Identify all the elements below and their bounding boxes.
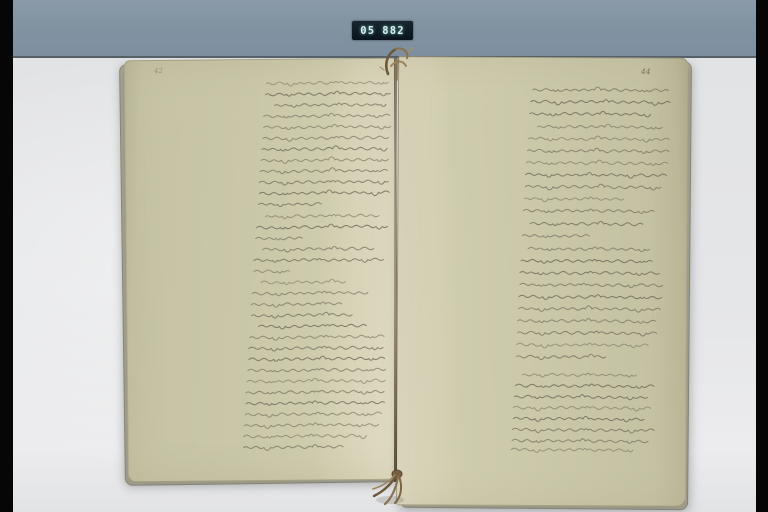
photo-frame: { "meta": { "subject": "archival photogr… — [0, 0, 768, 512]
left-page — [124, 58, 399, 483]
page-gutter-fold — [394, 58, 397, 482]
page-number-left: 42 — [154, 67, 163, 75]
right-page — [396, 56, 688, 507]
frame-counter: 05 882 — [352, 21, 413, 40]
counter-digits-right: 882 — [382, 25, 405, 37]
counter-digits-left: 05 — [360, 25, 375, 37]
page-number-right: 44 — [641, 67, 651, 76]
